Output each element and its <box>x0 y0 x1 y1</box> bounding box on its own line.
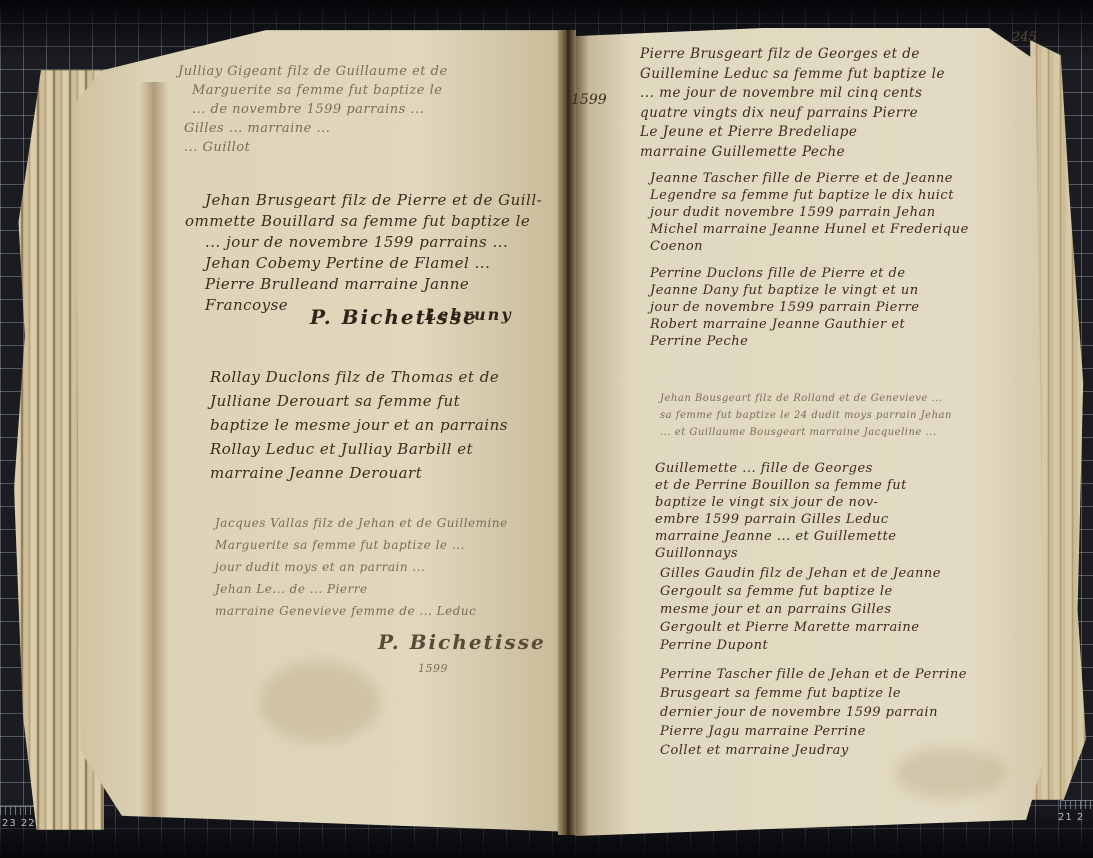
entry-line: Le Jeune et Pierre Bredeliape <box>640 123 945 143</box>
foxing-stain <box>260 662 380 742</box>
entry-line: mesme jour et an parrains Gilles <box>660 601 941 619</box>
left-entry-2: Jehan Brusgeart filz de Pierre et de Gui… <box>205 190 542 316</box>
entry-line: Jehan Brusgeart filz de Pierre et de Gui… <box>205 190 542 211</box>
right-entry-7: Perrine Tascher fille de Jehan et de Per… <box>660 665 967 760</box>
entry-line: Jehan Cobemy Pertine de Flamel ... <box>205 253 542 274</box>
entry-line: Gergoult sa femme fut baptize le <box>660 583 941 601</box>
entry-line: ... de novembre 1599 parrains ... <box>178 100 448 119</box>
entry-line: ... me jour de novembre mil cinq cents <box>640 84 945 104</box>
entry-line: Julliay Gigeant filz de Guillaume et de <box>178 62 448 81</box>
entry-line: Robert marraine Jeanne Gauthier et <box>650 316 920 333</box>
entry-line: Perrine Duclons fille de Pierre et de <box>650 265 920 282</box>
entry-line: Brusgeart sa femme fut baptize le <box>660 684 967 703</box>
entry-line: marraine Jeanne Derouart <box>210 461 508 485</box>
entry-line: Julliane Derouart sa femme fut <box>210 389 508 413</box>
right-entry-3: Perrine Duclons fille de Pierre et de Je… <box>650 265 920 350</box>
entry-line: ... jour de novembre 1599 parrains ... <box>205 232 542 253</box>
entry-line: Gilles Gaudin filz de Jehan et de Jeanne <box>660 565 941 583</box>
entry-line: et de Perrine Bouillon sa femme fut <box>655 477 907 494</box>
entry-line: baptize le mesme jour et an parrains <box>210 413 508 437</box>
entry-line: Rollay Leduc et Julliay Barbill et <box>210 437 508 461</box>
entry-line: Guillemette ... fille de Georges <box>655 460 907 477</box>
folio-number: 245 <box>1012 30 1037 45</box>
entry-line: jour dudit moys et an parrain ... <box>215 556 508 578</box>
binding-stain <box>140 82 168 822</box>
entry-line: embre 1599 parrain Gilles Leduc <box>655 511 907 528</box>
left-entry-3: Rollay Duclons filz de Thomas et de Jull… <box>210 365 508 485</box>
right-entry-6: Gilles Gaudin filz de Jehan et de Jeanne… <box>660 565 941 655</box>
entry-line: Jehan Bousgeart filz de Rolland et de Ge… <box>660 390 952 407</box>
right-entry-5: Guillemette ... fille de Georges et de P… <box>655 460 907 562</box>
entry-line: Marguerite sa femme fut baptize le <box>178 81 448 100</box>
entry-line: quatre vingts dix neuf parrains Pierre <box>640 104 945 124</box>
entry-line: Rollay Duclons filz de Thomas et de <box>210 365 508 389</box>
signature-witness: Lebruny <box>425 305 513 324</box>
entry-line: Jeanne Tascher fille de Pierre et de Jea… <box>650 170 969 187</box>
book-gutter <box>558 30 576 835</box>
ruler-right-labels: 21 2 <box>1058 812 1084 823</box>
entry-line: marraine Jeanne ... et Guillemette <box>655 528 907 545</box>
entry-line: marraine Genevieve femme de ... Leduc <box>215 600 508 622</box>
entry-line: Perrine Peche <box>650 333 920 350</box>
entry-line: Pierre Jagu marraine Perrine <box>660 722 967 741</box>
entry-line: Marguerite sa femme fut baptize le ... <box>215 534 508 556</box>
entry-line: Pierre Brulleand marraine Janne <box>205 274 542 295</box>
entry-line: jour de novembre 1599 parrain Pierre <box>650 299 920 316</box>
left-entry-1: Julliay Gigeant filz de Guillaume et de … <box>178 62 448 157</box>
entry-line: Guillonnays <box>655 545 907 562</box>
left-entry-4: Jacques Vallas filz de Jehan et de Guill… <box>215 512 508 622</box>
entry-line: ... et Guillaume Bousgeart marraine Jacq… <box>660 424 952 441</box>
entry-line: sa femme fut baptize le 24 dudit moys pa… <box>660 407 952 424</box>
entry-line: Gilles ... marraine ... <box>178 119 448 138</box>
right-entry-4: Jehan Bousgeart filz de Rolland et de Ge… <box>660 390 952 441</box>
entry-line: Pierre Brusgeart filz de Georges et de <box>640 45 945 65</box>
margin-year: 1599 <box>571 92 607 108</box>
entry-line: ... Guillot <box>178 138 448 157</box>
entry-line: Coenon <box>650 238 969 255</box>
entry-line: Gergoult et Pierre Marette marraine <box>660 619 941 637</box>
entry-line: jour dudit novembre 1599 parrain Jehan <box>650 204 969 221</box>
entry-line: marraine Guillemette Peche <box>640 143 945 163</box>
entry-line: Jeanne Dany fut baptize le vingt et un <box>650 282 920 299</box>
entry-line: Collet et marraine Jeudray <box>660 741 967 760</box>
entry-line: Guillemine Leduc sa femme fut baptize le <box>640 65 945 85</box>
entry-line: Jehan Le... de ... Pierre <box>215 578 508 600</box>
ruler-right <box>1060 800 1093 809</box>
entry-line: Michel marraine Jeanne Hunel et Frederiq… <box>650 221 969 238</box>
entry-line: Perrine Tascher fille de Jehan et de Per… <box>660 665 967 684</box>
entry-line: dernier jour de novembre 1599 parrain <box>660 703 967 722</box>
entry-line: Legendre sa femme fut baptize le dix hui… <box>650 187 969 204</box>
right-entry-1: Pierre Brusgeart filz de Georges et de G… <box>640 45 945 162</box>
signature-curate: P. Bichetisse <box>378 630 546 654</box>
entry-line: Perrine Dupont <box>660 637 941 655</box>
entry-line: Jacques Vallas filz de Jehan et de Guill… <box>215 512 508 534</box>
entry-line: ommette Bouillard sa femme fut baptize l… <box>185 211 542 232</box>
entry-line: baptize le vingt six jour de nov- <box>655 494 907 511</box>
signature-year: 1599 <box>418 658 448 679</box>
right-entry-2: Jeanne Tascher fille de Pierre et de Jea… <box>650 170 969 255</box>
